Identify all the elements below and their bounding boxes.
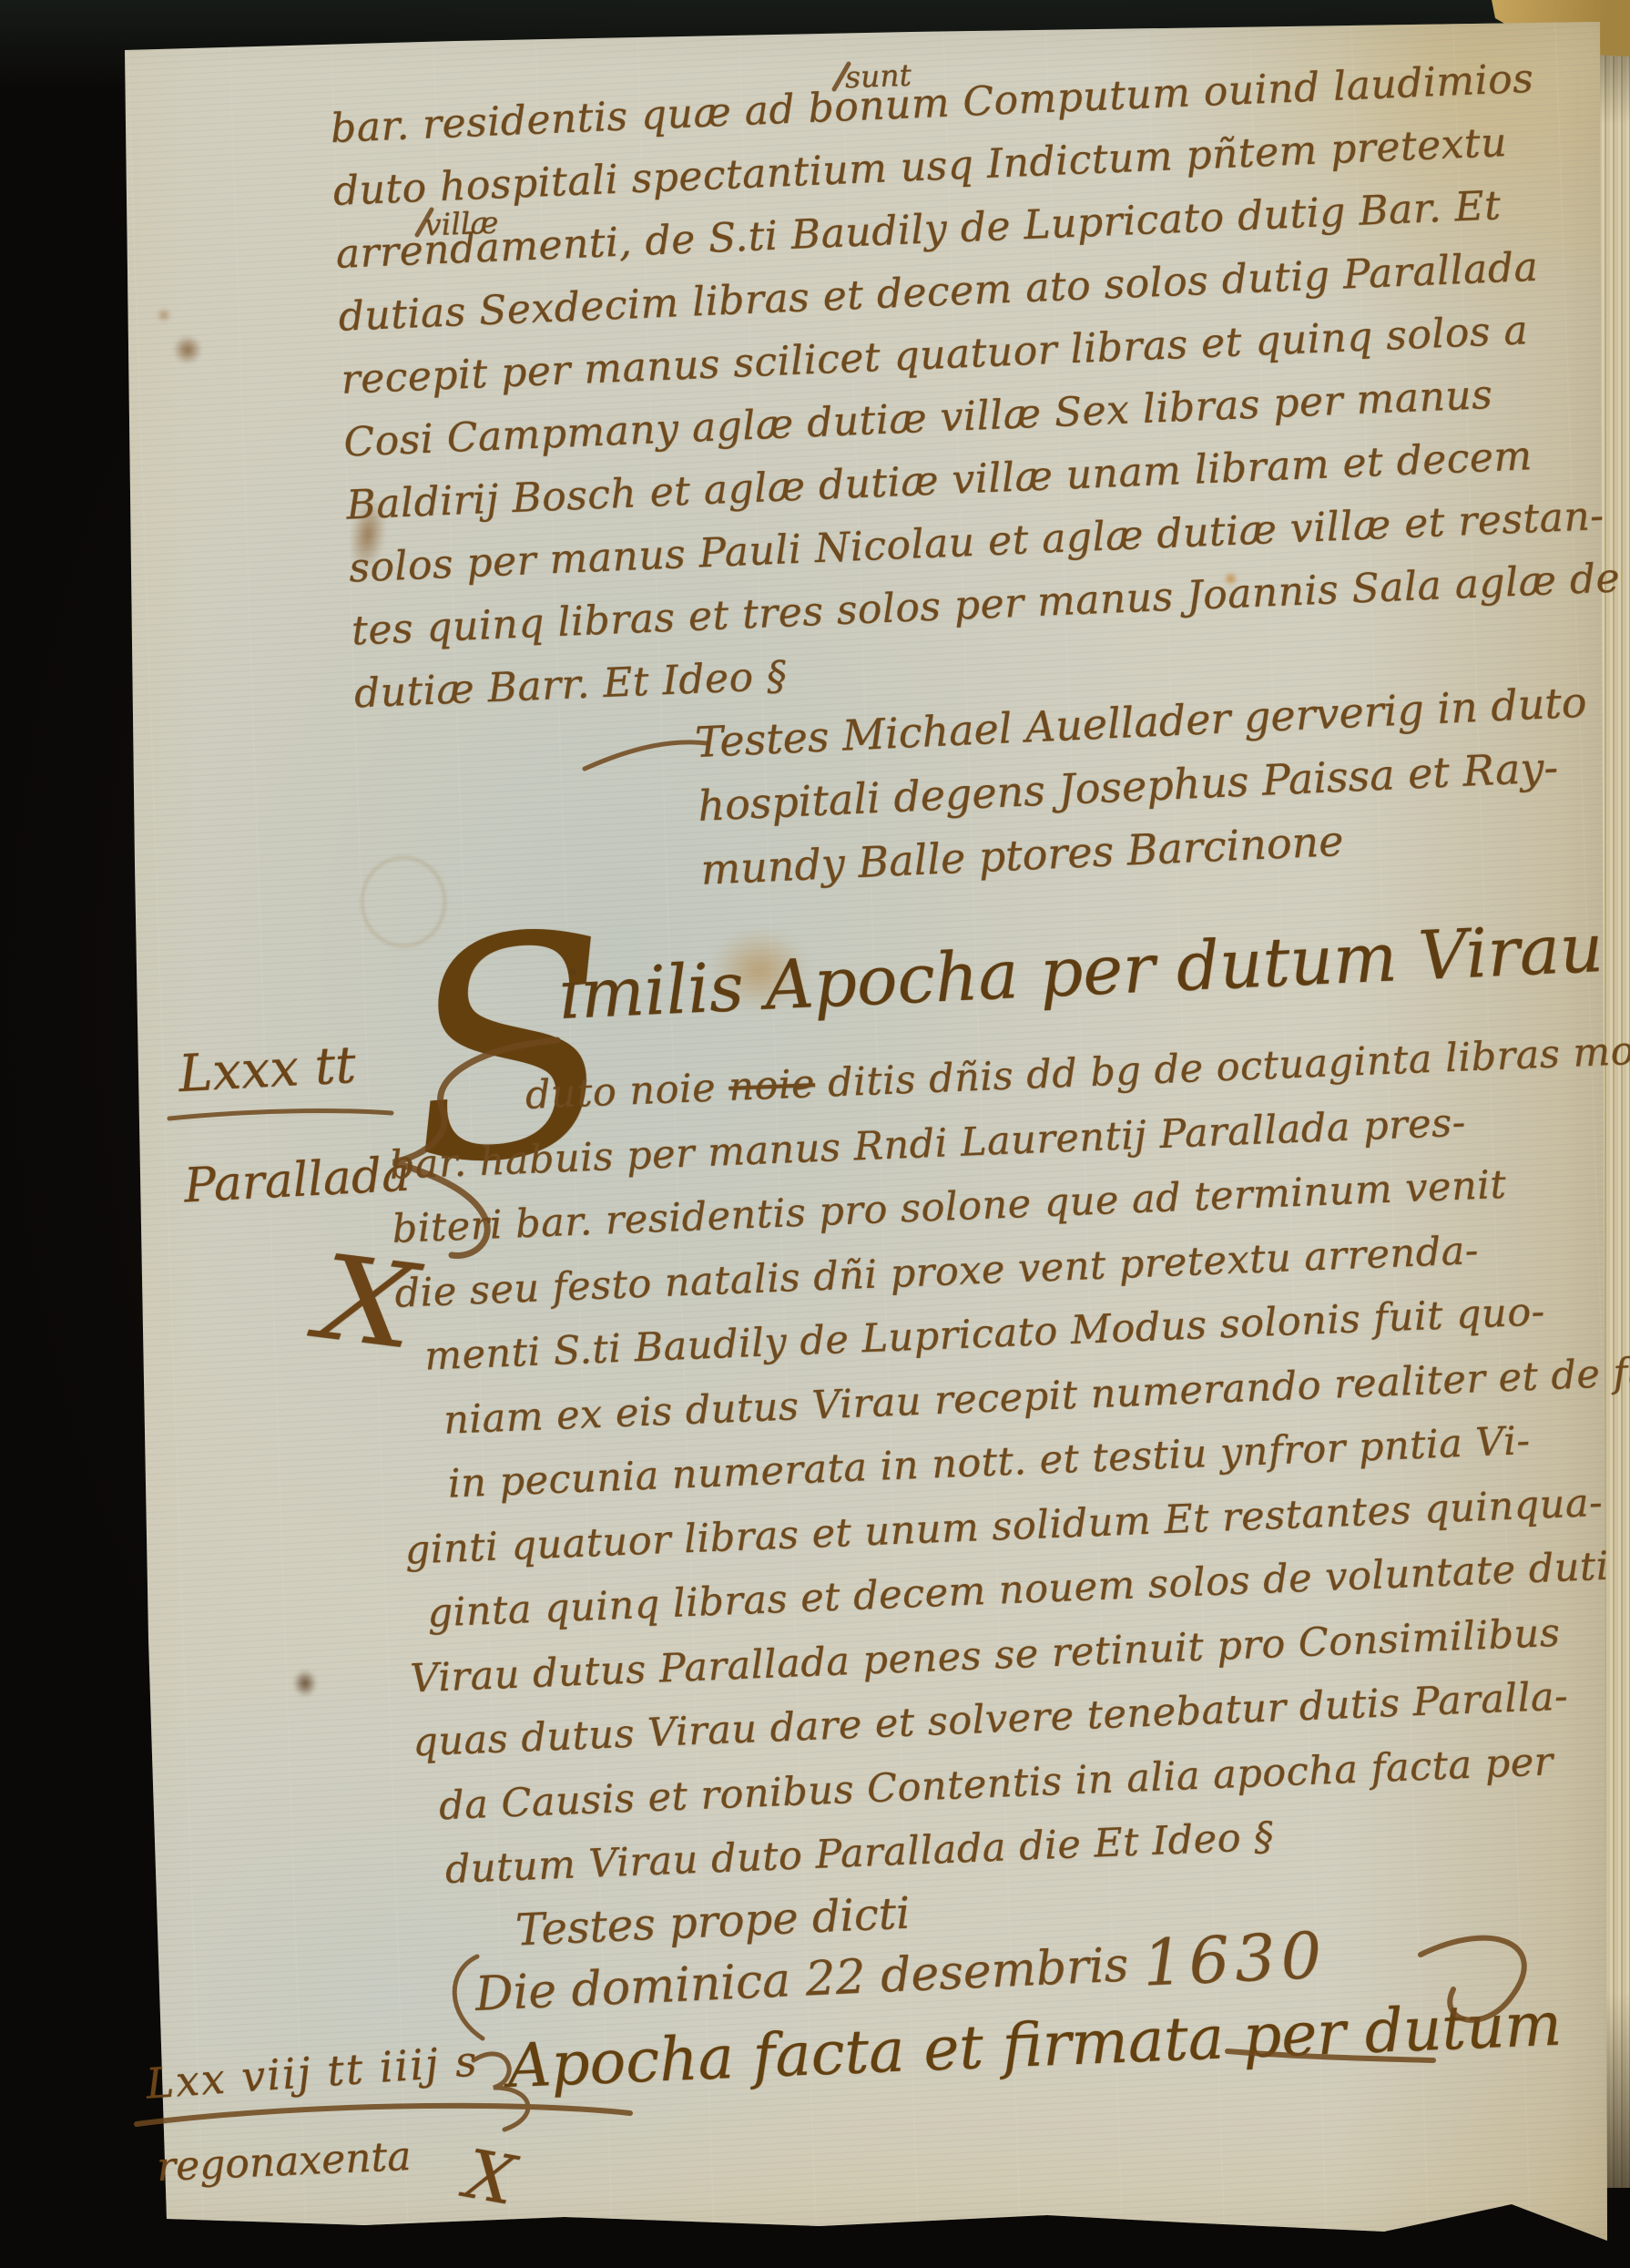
struck-word: noie — [728, 1061, 816, 1110]
date-year: 1630 — [1141, 1918, 1329, 2001]
line-segment: duto noie — [525, 1065, 729, 1119]
entry-1-witnesses: Testes Michael Auellader gerverig in dut… — [694, 678, 1594, 909]
entry-2-body: duto noie noie ditis dñis dd bg de octua… — [386, 1024, 1630, 1912]
margin-amount: Lxxx tt — [177, 1036, 357, 1104]
entry-1-body: bar. residentis quæ ad bonum Computum ou… — [330, 53, 1625, 734]
manuscript-photo: sunt villæ bar. residentis quæ ad bonum … — [0, 0, 1630, 2268]
